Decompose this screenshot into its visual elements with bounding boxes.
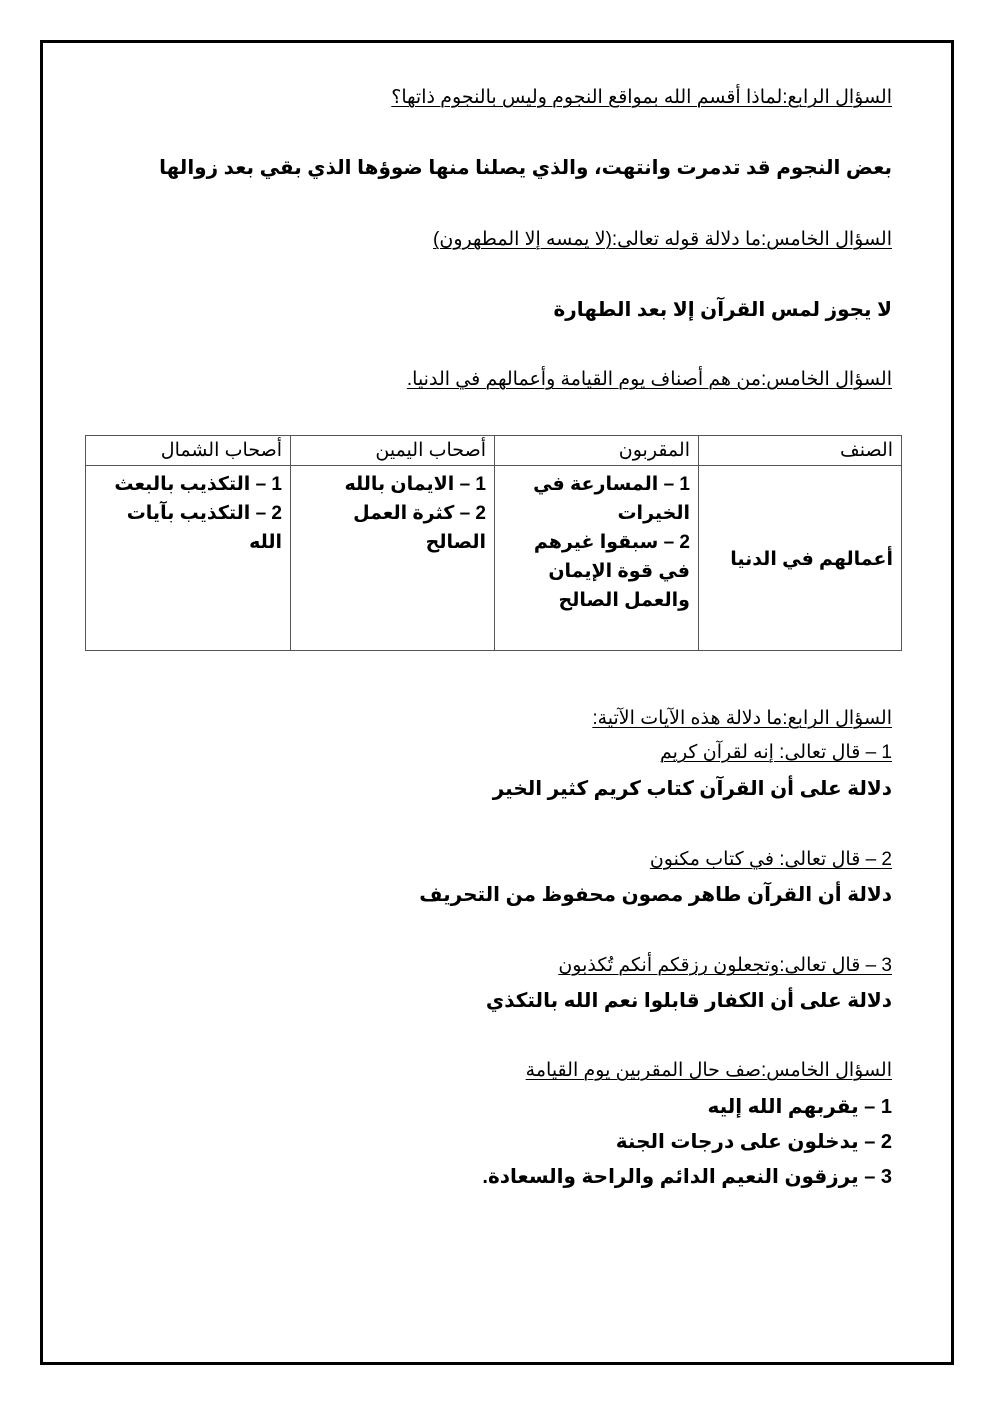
table-row: أعمالهم في الدنيا 1 – المسارعة في الخيرا…: [86, 466, 902, 651]
question-purified: السؤال الخامس:ما دلالة قوله تعالى:(لا يم…: [433, 228, 892, 251]
header-category: الصنف: [699, 436, 902, 466]
cell-muqarrabun: 1 – المسارعة في الخيرات 2 – سبقوا غيرهم …: [495, 466, 699, 651]
question-muqarrabun-state: السؤال الخامس:صف حال المقربين يوم القيام…: [526, 1059, 892, 1082]
row-label-deeds: أعمالهم في الدنيا: [699, 466, 902, 651]
categories-table: الصنف المقربون أصحاب اليمين أصحاب الشمال…: [85, 435, 902, 651]
verse-2: 2 – قال تعالى: في كتاب مكنون: [650, 848, 892, 871]
verse-3-meaning: دلالة على أن الكفار قابلوا نعم الله بالت…: [486, 988, 892, 1013]
cell-item: 1 – الايمان بالله: [299, 470, 486, 499]
answer-item-1: 1 – يقربهم الله إليه: [707, 1094, 892, 1119]
cell-item: 1 – المسارعة في الخيرات: [503, 470, 690, 528]
verse-2-meaning: دلالة أن القرآن طاهر مصون محفوظ من التحر…: [419, 882, 892, 907]
cell-item: 1 – التكذيب بالبعث: [94, 470, 282, 499]
question-categories: السؤال الخامس:من هم أصناف يوم القيامة وأ…: [407, 368, 892, 391]
header-ashab-alyamin: أصحاب اليمين: [291, 436, 495, 466]
cell-ashab-alshimal: 1 – التكذيب بالبعث 2 – التكذيب بآيات الل…: [86, 466, 291, 651]
answer-item-2: 2 – يدخلون على درجات الجنة: [616, 1129, 892, 1154]
answer-purified: لا يجوز لمس القرآن إلا بعد الطهارة: [553, 297, 892, 322]
answer-item-3: 3 – يرزقون النعيم الدائم والراحة والسعاد…: [482, 1164, 892, 1189]
verse-1-meaning: دلالة على أن القرآن كتاب كريم كثير الخير: [493, 776, 892, 801]
cell-item: 2 – كثرة العمل الصالح: [299, 499, 486, 557]
header-ashab-alshimal: أصحاب الشمال: [86, 436, 291, 466]
question-verses: السؤال الرابع:ما دلالة هذه الآيات الآتية…: [592, 707, 892, 730]
cell-ashab-alyamin: 1 – الايمان بالله 2 – كثرة العمل الصالح: [291, 466, 495, 651]
header-muqarrabun: المقربون: [495, 436, 699, 466]
verse-1: 1 – قال تعالى: إنه لقرآن كريم: [660, 741, 892, 764]
answer-stars-positions: بعض النجوم قد تدمرت وانتهت، والذي يصلنا …: [159, 155, 892, 180]
cell-item: 2 – التكذيب بآيات الله: [94, 499, 282, 557]
cell-item: 2 – سبقوا غيرهم في قوة الإيمان والعمل ال…: [503, 528, 690, 615]
verse-3: 3 – قال تعالى:وتجعلون رزقكم أنكم تُكذبون: [558, 954, 892, 977]
question-stars-positions: السؤال الرابع:لماذا أقسم الله بمواقع الن…: [391, 86, 892, 109]
table-header-row: الصنف المقربون أصحاب اليمين أصحاب الشمال: [86, 436, 902, 466]
